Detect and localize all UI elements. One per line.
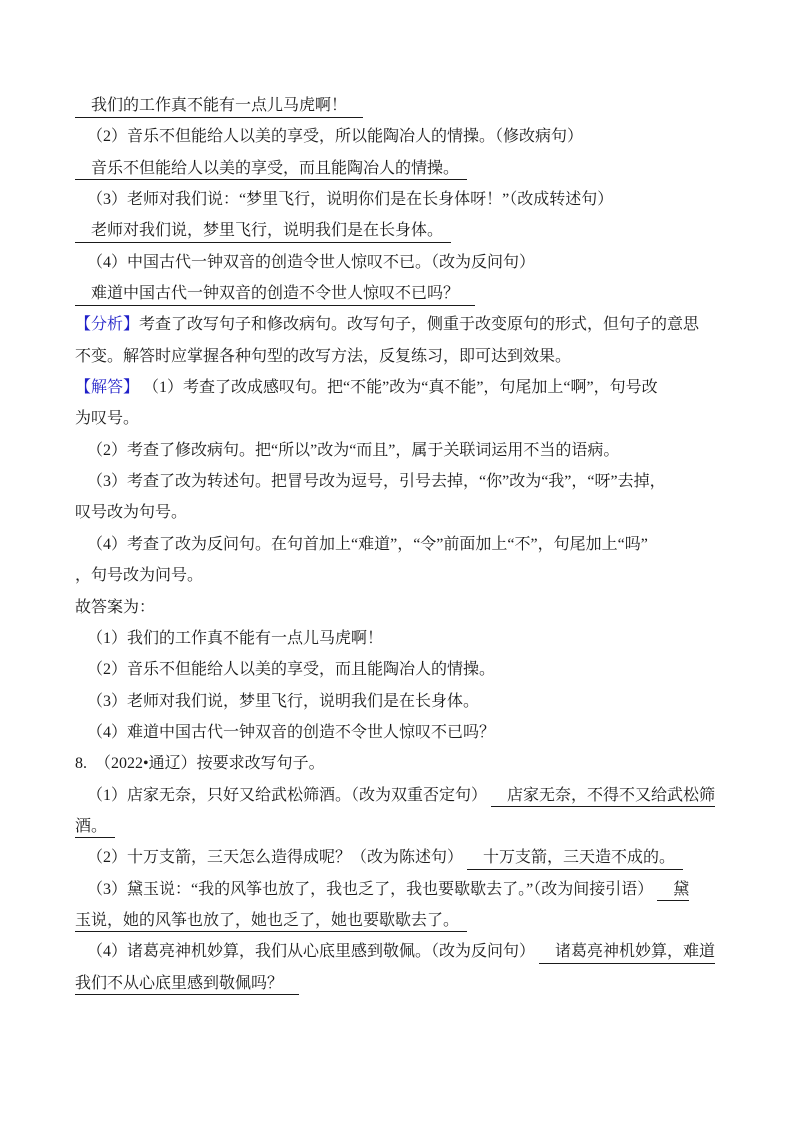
body-text: （2）考查了修改病句。把“所以”改为“而且”，属于关联词运用不当的语病。 (87, 442, 619, 459)
document-line: ，句号改为问号。 (75, 560, 744, 591)
document-line: 8. （2022•通辽）按要求改写句子。 (75, 748, 744, 779)
body-text: 不变。解答时应掌握各种句型的改写方法，反复练习，即可达到效果。 (75, 348, 571, 365)
body-text: 考查了改写句子和修改病句。改写句子，侧重于改变原句的形式，但句子的意思 (139, 316, 699, 333)
body-text: （1）考查了改成感叹句。把“不能”改为“真不能”，句尾加上“啊”，句号改 (139, 379, 658, 396)
body-text: （3）考查了改为转述句。把冒号改为逗号，引号去掉，“你”改为“我”，“呀”去掉， (87, 473, 666, 490)
question-text: （1）店家无奈，只好又给武松筛酒。（改为双重否定句） (87, 787, 491, 804)
document-line: 音乐不但能给人以美的享受，而且能陶冶人的情操。 (75, 153, 744, 184)
answer-text: 店家无奈，不得不又给武松筛 (491, 787, 715, 808)
document-line: （4）中国古代一钟双音的创造令世人惊叹不已。（改为反问句） (75, 247, 744, 278)
document-line: （2）音乐不但能给人以美的享受，所以能陶冶人的情操。（修改病句） (75, 121, 744, 152)
document-line: （2）考查了修改病句。把“所以”改为“而且”，属于关联词运用不当的语病。 (75, 435, 744, 466)
document-line: 酒。 (75, 811, 744, 842)
answer-text: 黛 (657, 881, 689, 902)
body-text: 为叹号。 (75, 410, 139, 427)
answer-text: 我们不从心底里感到敬佩吗？ (75, 975, 299, 996)
document-line: 我们的工作真不能有一点儿马虎啊！ (75, 90, 744, 121)
question-text: （2）音乐不但能给人以美的享受，所以能陶冶人的情操。（修改病句） (87, 128, 583, 145)
document-line: 【解答】 （1）考查了改成感叹句。把“不能”改为“真不能”，句尾加上“啊”，句号… (75, 372, 744, 403)
answer-label: 【解答】 (75, 379, 139, 396)
exam-document-page: 我们的工作真不能有一点儿马虎啊！ （2）音乐不但能给人以美的享受，所以能陶冶人的… (0, 0, 794, 1123)
question-text: （4）中国古代一钟双音的创造令世人惊叹不已。（改为反问句） (87, 254, 535, 271)
final-answer-text: （1）我们的工作真不能有一点儿马虎啊！ (87, 630, 383, 647)
document-line: 不变。解答时应掌握各种句型的改写方法，反复练习，即可达到效果。 (75, 341, 744, 372)
document-line: 叹号改为句号。 (75, 497, 744, 528)
body-text: ，句号改为问号。 (75, 567, 203, 584)
document-line: （4）诸葛亮神机妙算，我们从心底里感到敬佩。（改为反问句） 诸葛亮神机妙算，难道 (75, 936, 744, 967)
analysis-label: 【分析】 (75, 316, 139, 333)
document-line: 【分析】考查了改写句子和修改病句。改写句子，侧重于改变原句的形式，但句子的意思 (75, 309, 744, 340)
question-text: （3）老师对我们说：“梦里飞行，说明你们是在长身体呀！”（改成转述句） (87, 191, 613, 208)
document-line: （2）十万支箭，三天怎么造得成呢？（改为陈述句） 十万支箭，三天造不成的。 (75, 842, 744, 873)
document-line: （3）考查了改为转述句。把冒号改为逗号，引号去掉，“你”改为“我”，“呀”去掉， (75, 466, 744, 497)
body-text: 叹号改为句号。 (75, 504, 187, 521)
document-line: （1）店家无奈，只好又给武松筛酒。（改为双重否定句） 店家无奈，不得不又给武松筛 (75, 780, 744, 811)
document-content: 我们的工作真不能有一点儿马虎啊！ （2）音乐不但能给人以美的享受，所以能陶冶人的… (0, 0, 794, 999)
document-line: 难道中国古代一钟双音的创造不令世人惊叹不已吗？ (75, 278, 744, 309)
answer-text: 玉说，她的风筝也放了，她也乏了，她也要歇歇去了。 (75, 912, 467, 933)
answer-text: 音乐不但能给人以美的享受，而且能陶冶人的情操。 (75, 160, 467, 181)
document-line: （1）我们的工作真不能有一点儿马虎啊！ (75, 623, 744, 654)
document-line: 为叹号。 (75, 403, 744, 434)
document-line: （3）老师对我们说：“梦里飞行，说明你们是在长身体呀！”（改成转述句） (75, 184, 744, 215)
answer-text: 酒。 (75, 818, 115, 839)
document-line: （2）音乐不但能给人以美的享受，而且能陶冶人的情操。 (75, 654, 744, 685)
answer-text: 我们的工作真不能有一点儿马虎啊！ (75, 97, 363, 118)
answer-text: 诸葛亮神机妙算，难道 (539, 943, 715, 964)
answer-text: 十万支箭，三天造不成的。 (467, 849, 683, 870)
document-line: 故答案为： (75, 592, 744, 623)
final-answer-text: （4）难道中国古代一钟双音的创造不令世人惊叹不已吗？ (87, 724, 495, 741)
answer-text: 老师对我们说，梦里飞行，说明我们是在长身体。 (75, 222, 451, 243)
document-line: 老师对我们说，梦里飞行，说明我们是在长身体。 (75, 215, 744, 246)
final-answer-text: （2）音乐不但能给人以美的享受，而且能陶冶人的情操。 (87, 661, 495, 678)
document-line: 我们不从心底里感到敬佩吗？ (75, 968, 744, 999)
document-line: （4）难道中国古代一钟双音的创造不令世人惊叹不已吗？ (75, 717, 744, 748)
final-answer-text: （3）老师对我们说，梦里飞行，说明我们是在长身体。 (87, 693, 479, 710)
question-text: （2）十万支箭，三天怎么造得成呢？（改为陈述句） (87, 849, 467, 866)
body-text: 故答案为： (75, 599, 155, 616)
question-text: （3）黛玉说：“我的风筝也放了，我也乏了，我也要歇歇去了。”（改为间接引语） (87, 881, 657, 898)
document-line: （3）黛玉说：“我的风筝也放了，我也乏了，我也要歇歇去了。”（改为间接引语） 黛 (75, 874, 744, 905)
question-text: （4）诸葛亮神机妙算，我们从心底里感到敬佩。（改为反问句） (87, 943, 539, 960)
answer-text: 难道中国古代一钟双音的创造不令世人惊叹不已吗？ (75, 285, 475, 306)
document-line: （3）老师对我们说，梦里飞行，说明我们是在长身体。 (75, 686, 744, 717)
document-line: 玉说，她的风筝也放了，她也乏了，她也要歇歇去了。 (75, 905, 744, 936)
body-text: （4）考查了改为反问句。在句首加上“难道”，“令”前面加上“不”，句尾加上“吗” (87, 536, 648, 553)
question-number: 8. （2022•通辽）按要求改写句子。 (75, 755, 325, 772)
document-line: （4）考查了改为反问句。在句首加上“难道”，“令”前面加上“不”，句尾加上“吗” (75, 529, 744, 560)
